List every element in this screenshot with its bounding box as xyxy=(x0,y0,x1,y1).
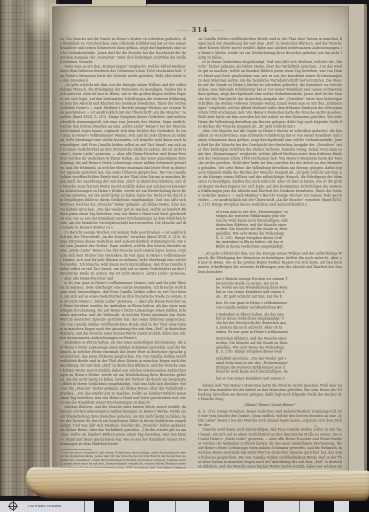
scale-tick xyxy=(175,501,176,512)
text-paragraph: et in ihrem Gedächtnis eingehändigt. Und… xyxy=(198,60,342,129)
poem-stanza: deutschen Blättern, und die Mouche einer… xyxy=(216,337,342,354)
poem-line: Billet in ihrem Gedächtnis eingehändigt. xyxy=(216,245,304,249)
poem-line: brauche wohl kaum noch hinzuzufügen, da xyxy=(216,370,304,374)
text-paragraph: : „Er geht schlicht mit ihm; nur die Ene… xyxy=(198,251,342,274)
poem-stanza: hat er von seiner Krankheit und seinen S xyxy=(216,376,342,380)
scale-tick xyxy=(299,501,300,512)
scale-black-segment xyxy=(314,501,334,512)
scale-black-segment xyxy=(94,501,114,512)
footnote-rule xyxy=(60,450,92,451)
text-paragraph: „Er geht schlicht mit ihm; nur die Energ… xyxy=(60,83,186,230)
poem-stanza: erhältniß sprechen. „Um das wieder gut z… xyxy=(216,357,342,374)
header-ornament-right: —·— xyxy=(212,26,224,34)
poem-stanza: r Andenken in Ehren halten, als das eine… xyxy=(216,312,342,334)
scale-black-segment xyxy=(244,501,264,512)
book-photo: —·— 314 —·— en. Die Mouche auf die Gnade… xyxy=(0,0,369,512)
scanned-page: —·— 314 —·— en. Die Mouche auf die Gnade… xyxy=(52,6,349,480)
text-paragraph: heinen ließ. Von Heine’s Memoiren hatte … xyxy=(198,383,342,401)
poem-line: II, S. 219). Einige Strophen dieses Gedi xyxy=(216,350,304,354)
poem-line: ab: „Er geht schlicht mit ihm; nur die E xyxy=(216,294,304,298)
scale-black-segment xyxy=(129,501,149,512)
scale-label: LIGHTNING POWDER xyxy=(28,504,61,508)
poem-line: von Camilla Selden veröffentlichten Bri xyxy=(216,306,304,310)
book-page-stack-edge xyxy=(0,0,56,496)
text-paragraph: Andenken in Ehren halten, als das einer … xyxy=(60,341,186,405)
scale-black-segment xyxy=(209,501,229,512)
page-header: —·— 314 —·— xyxy=(52,26,348,34)
text-paragraph: II, S. 219). Einige Strophen dieses Gedi… xyxy=(198,409,342,427)
text-paragraph: utschen Blättern, und die Mouche einer k… xyxy=(60,405,186,446)
poem-line: enken. Es war ganz in Heine’s vollkommen xyxy=(216,330,304,334)
page-stain xyxy=(314,425,317,427)
text-column-left-content: en. Die Mouche auf die Gnade zu Heine’s … xyxy=(60,37,186,475)
text-paragraph: r’s Bericht wenige Wochen vor seinem Tod… xyxy=(60,230,186,281)
poem-stanza: ken. Es war ganz in Heine’s vollkommener… xyxy=(216,301,342,310)
scale-tick xyxy=(84,501,85,512)
text-paragraph: ufen. Die Mouche auf die Gnade zu Heine’… xyxy=(198,129,342,207)
book-bottom-edge xyxy=(26,467,369,502)
text-column-right: on Camilla Selden veröffentlichten Brief… xyxy=(198,37,342,475)
text-paragraph: en. Die Mouche auf die Gnade zu Heine’s … xyxy=(60,37,186,65)
text-paragraph: on Camilla Selden veröffentlichten Brief… xyxy=(198,37,342,60)
text-paragraph: brauche wohl kaum noch hinzuzufügen, daß… xyxy=(198,428,342,474)
page-stain xyxy=(270,459,272,461)
poem-line: hat er von seiner Krankheit und seinen S xyxy=(216,376,304,380)
crosshair-icon xyxy=(9,502,17,510)
header-ornament-left: —·— xyxy=(176,26,188,34)
poem-stanza: al wenn man es mit den „Erinnerungen” ve… xyxy=(216,210,342,249)
page-stain xyxy=(298,457,300,459)
photo-scale-ruler: LIGHTNING POWDER xyxy=(0,501,369,512)
text-column-left: en. Die Mouche auf die Gnade zu Heine’s … xyxy=(60,37,186,475)
text-paragraph: wenn man es mit den „Erinnerungen” vergl… xyxy=(60,65,186,83)
poem-refrain-line: „Blume! Blume! Meine Blume!” xyxy=(198,403,342,408)
scale-black-segment xyxy=(349,501,369,512)
page-number: 314 xyxy=(192,26,209,34)
text-column-right-content: on Camilla Selden veröffentlichten Brief… xyxy=(198,37,342,475)
text-paragraph: n. Es war ganz in Heine’s vollkommener M… xyxy=(60,281,186,341)
poem-stanza: ner’s Bericht wenige Wochen vor seinem T… xyxy=(216,277,342,299)
